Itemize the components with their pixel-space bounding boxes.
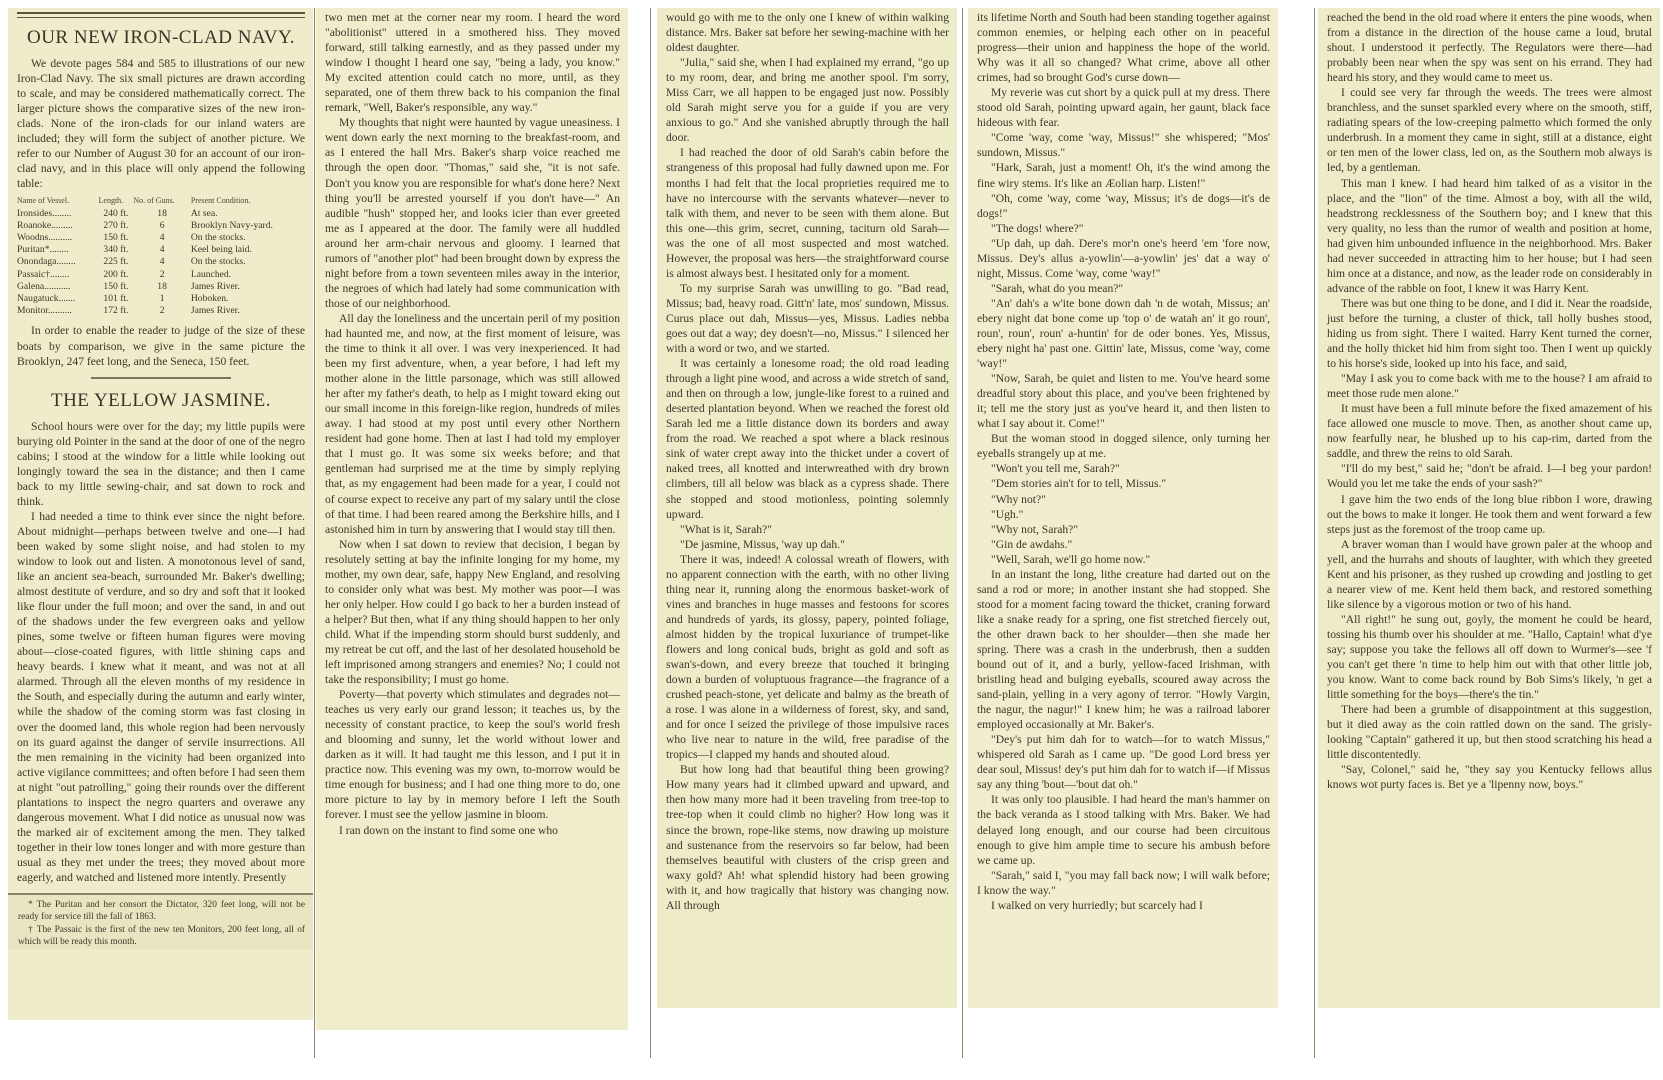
- article-separator: [91, 377, 231, 379]
- table-cell-len: 101 ft.: [99, 293, 134, 305]
- paragraph: "Oh, come 'way, come 'way, Missus; it's …: [977, 191, 1270, 221]
- paragraph: "Why not, Sarah?": [977, 522, 1270, 537]
- paragraph: Now when I sat down to review that decis…: [325, 537, 620, 687]
- table-row: Onondaga........225 ft.4On the stocks.: [17, 256, 305, 268]
- paragraph: "Won't you tell me, Sarah?": [977, 461, 1270, 476]
- column-divider: [1314, 8, 1315, 1058]
- article1-intro: We devote pages 584 and 585 to illustrat…: [17, 56, 305, 191]
- table-cell-cond: James River.: [191, 281, 305, 293]
- paragraph: To my surprise Sarah was unwilling to go…: [666, 281, 949, 356]
- top-rule: [17, 12, 305, 18]
- paragraph: I walked on very hurriedly; but scarcely…: [977, 898, 1270, 913]
- paragraph: I had reached the door of old Sarah's ca…: [666, 145, 949, 280]
- paragraph: "Julia," said she, when I had explained …: [666, 55, 949, 145]
- footnotes: * The Puritan and her consort the Dictat…: [8, 893, 313, 949]
- table-cell-name: Roanoke.........: [17, 220, 99, 232]
- paragraph: "Say, Colonel," said he, "they say you K…: [1327, 762, 1652, 792]
- table-cell-len: 240 ft.: [99, 208, 134, 220]
- vessel-table-body: Ironsides........240 ft.18At sea.Roanoke…: [17, 208, 305, 318]
- paragraph: two men met at the corner near my room. …: [325, 10, 620, 115]
- headline-iron-clad-navy: OUR NEW IRON-CLAD NAVY.: [17, 26, 305, 50]
- vessel-table-header: Name of Vessel. Length. No. of Guns. Pre…: [17, 195, 305, 207]
- paragraph: "Dey's put him dah for to watch—for to w…: [977, 732, 1270, 792]
- header-name: Name of Vessel.: [17, 195, 99, 207]
- table-cell-name: Monitor..........: [17, 305, 99, 317]
- paragraph: In an instant the long, lithe creature h…: [977, 567, 1270, 733]
- column-1: OUR NEW IRON-CLAD NAVY. We devote pages …: [8, 8, 313, 1020]
- column-3-body: would go with me to the only one I knew …: [666, 10, 949, 913]
- paragraph: "Up dah, up dah. Dere's mor'n one's heer…: [977, 236, 1270, 281]
- paragraph: "Come 'way, come 'way, Missus!" she whis…: [977, 130, 1270, 160]
- paragraph: "Well, Sarah, we'll go home now.": [977, 552, 1270, 567]
- table-cell-name: Onondaga........: [17, 256, 99, 268]
- table-cell-cond: Launched.: [191, 269, 305, 281]
- table-cell-guns: 4: [133, 232, 190, 244]
- paragraph: But the woman stood in dogged silence, o…: [977, 431, 1270, 461]
- paragraph: I gave him the two ends of the long blue…: [1327, 492, 1652, 537]
- paragraph: I ran down on the instant to find some o…: [325, 823, 620, 838]
- paragraph: "All right!" he sung out, goyly, the mom…: [1327, 612, 1652, 702]
- paragraph: "The dogs! where?": [977, 221, 1270, 236]
- table-cell-guns: 6: [133, 220, 190, 232]
- paragraph: "Now, Sarah, be quiet and listen to me. …: [977, 371, 1270, 431]
- paragraph: "May I ask you to come back with me to t…: [1327, 371, 1652, 401]
- paragraph: My thoughts that night were haunted by v…: [325, 115, 620, 311]
- paragraph: I could see very far through the weeds. …: [1327, 85, 1652, 175]
- paragraph: reached the bend in the old road where i…: [1327, 10, 1652, 85]
- paragraph: School hours were over for the day; my l…: [17, 419, 305, 509]
- table-cell-name: Puritan*........: [17, 244, 99, 256]
- footnote-passaic: † The Passaic is the first of the new te…: [18, 924, 305, 949]
- header-length: Length.: [99, 195, 134, 207]
- vessel-table: Name of Vessel. Length. No. of Guns. Pre…: [17, 195, 305, 317]
- paragraph: "Hark, Sarah, just a moment! Oh, it's th…: [977, 160, 1270, 190]
- paragraph: "Sarah," said I, "you may fall back now;…: [977, 868, 1270, 898]
- table-cell-cond: On the stocks.: [191, 232, 305, 244]
- table-cell-name: Naugatuck.......: [17, 293, 99, 305]
- paragraph: This man I knew. I had heard him talked …: [1327, 176, 1652, 296]
- table-cell-len: 270 ft.: [99, 220, 134, 232]
- column-4-body: its lifetime North and South had been st…: [977, 10, 1270, 913]
- paragraph: It must have been a full minute before t…: [1327, 401, 1652, 461]
- column-divider: [650, 8, 651, 1058]
- paragraph: "Why not?": [977, 492, 1270, 507]
- table-cell-cond: On the stocks.: [191, 256, 305, 268]
- footnote-puritan: * The Puritan and her consort the Dictat…: [18, 899, 305, 924]
- table-row: Monitor..........172 ft.2James River.: [17, 305, 305, 317]
- table-cell-cond: Brooklyn Navy-yard.: [191, 220, 305, 232]
- table-cell-name: Galena...........: [17, 281, 99, 293]
- table-cell-cond: Hoboken.: [191, 293, 305, 305]
- paragraph: My reverie was cut short by a quick pull…: [977, 85, 1270, 130]
- newspaper-page: OUR NEW IRON-CLAD NAVY. We devote pages …: [0, 0, 1663, 1080]
- table-cell-len: 150 ft.: [99, 232, 134, 244]
- table-row: Ironsides........240 ft.18At sea.: [17, 208, 305, 220]
- paragraph: It was only too plausible. I had heard t…: [977, 792, 1270, 867]
- table-row: Puritan*........340 ft.4Keel being laid.: [17, 244, 305, 256]
- paragraph: "De jasmine, Missus, 'way up dah.": [666, 537, 949, 552]
- headline-yellow-jasmine: THE YELLOW JASMINE.: [17, 389, 305, 413]
- table-cell-guns: 2: [133, 269, 190, 281]
- table-cell-len: 225 ft.: [99, 256, 134, 268]
- table-cell-cond: Keel being laid.: [191, 244, 305, 256]
- table-cell-name: Woodns..........: [17, 232, 99, 244]
- column-3: would go with me to the only one I knew …: [657, 8, 957, 1008]
- table-row: Roanoke.........270 ft.6Brooklyn Navy-ya…: [17, 220, 305, 232]
- paragraph: There had been a grumble of disappointme…: [1327, 702, 1652, 762]
- table-cell-cond: James River.: [191, 305, 305, 317]
- paragraph: I had needed a time to think ever since …: [17, 509, 305, 885]
- column-5-body: reached the bend in the old road where i…: [1327, 10, 1652, 792]
- article1-closing: In order to enable the reader to judge o…: [17, 323, 305, 368]
- header-condition: Present Condition.: [191, 195, 305, 207]
- paragraph: its lifetime North and South had been st…: [977, 10, 1270, 85]
- paragraph: But how long had that beautiful thing be…: [666, 762, 949, 912]
- column-5: reached the bend in the old road where i…: [1318, 8, 1660, 1008]
- paragraph: "An' dah's a w'ite bone down dah 'n de w…: [977, 296, 1270, 371]
- column-divider: [962, 8, 963, 1058]
- column-divider: [314, 8, 315, 1058]
- table-cell-len: 200 ft.: [99, 269, 134, 281]
- column-2-body: two men met at the corner near my room. …: [325, 10, 620, 838]
- header-guns: No. of Guns.: [133, 195, 190, 207]
- paragraph: "Gin de awdahs.": [977, 537, 1270, 552]
- paragraph: "What is it, Sarah?": [666, 522, 949, 537]
- table-cell-guns: 18: [133, 208, 190, 220]
- paragraph: Poverty—that poverty which stimulates an…: [325, 687, 620, 822]
- table-cell-cond: At sea.: [191, 208, 305, 220]
- table-cell-len: 172 ft.: [99, 305, 134, 317]
- paragraph: "Dem stories ain't for to tell, Missus.": [977, 476, 1270, 491]
- table-cell-guns: 18: [133, 281, 190, 293]
- table-row: Woodns..........150 ft.4On the stocks.: [17, 232, 305, 244]
- paragraph: There it was, indeed! A colossal wreath …: [666, 552, 949, 763]
- table-cell-len: 340 ft.: [99, 244, 134, 256]
- paragraph: would go with me to the only one I knew …: [666, 10, 949, 55]
- table-cell-name: Ironsides........: [17, 208, 99, 220]
- table-cell-guns: 2: [133, 305, 190, 317]
- table-row: Passaic†........200 ft.2Launched.: [17, 269, 305, 281]
- paragraph: A braver woman than I would have grown p…: [1327, 537, 1652, 612]
- column-1-body: School hours were over for the day; my l…: [17, 419, 305, 885]
- paragraph: "Sarah, what do you mean?": [977, 281, 1270, 296]
- table-cell-name: Passaic†........: [17, 269, 99, 281]
- table-cell-guns: 1: [133, 293, 190, 305]
- table-cell-len: 150 ft.: [99, 281, 134, 293]
- table-row: Naugatuck.......101 ft.1Hoboken.: [17, 293, 305, 305]
- table-cell-guns: 4: [133, 244, 190, 256]
- paragraph: It was certainly a lonesome road; the ol…: [666, 356, 949, 522]
- column-4: its lifetime North and South had been st…: [968, 8, 1278, 1008]
- paragraph: "Ugh.": [977, 507, 1270, 522]
- paragraph: There was but one thing to be done, and …: [1327, 296, 1652, 371]
- table-row: Galena...........150 ft.18James River.: [17, 281, 305, 293]
- table-cell-guns: 4: [133, 256, 190, 268]
- column-2: two men met at the corner near my room. …: [316, 8, 628, 1030]
- paragraph: All day the loneliness and the uncertain…: [325, 311, 620, 537]
- paragraph: "I'll do my best," said he; "don't be af…: [1327, 461, 1652, 491]
